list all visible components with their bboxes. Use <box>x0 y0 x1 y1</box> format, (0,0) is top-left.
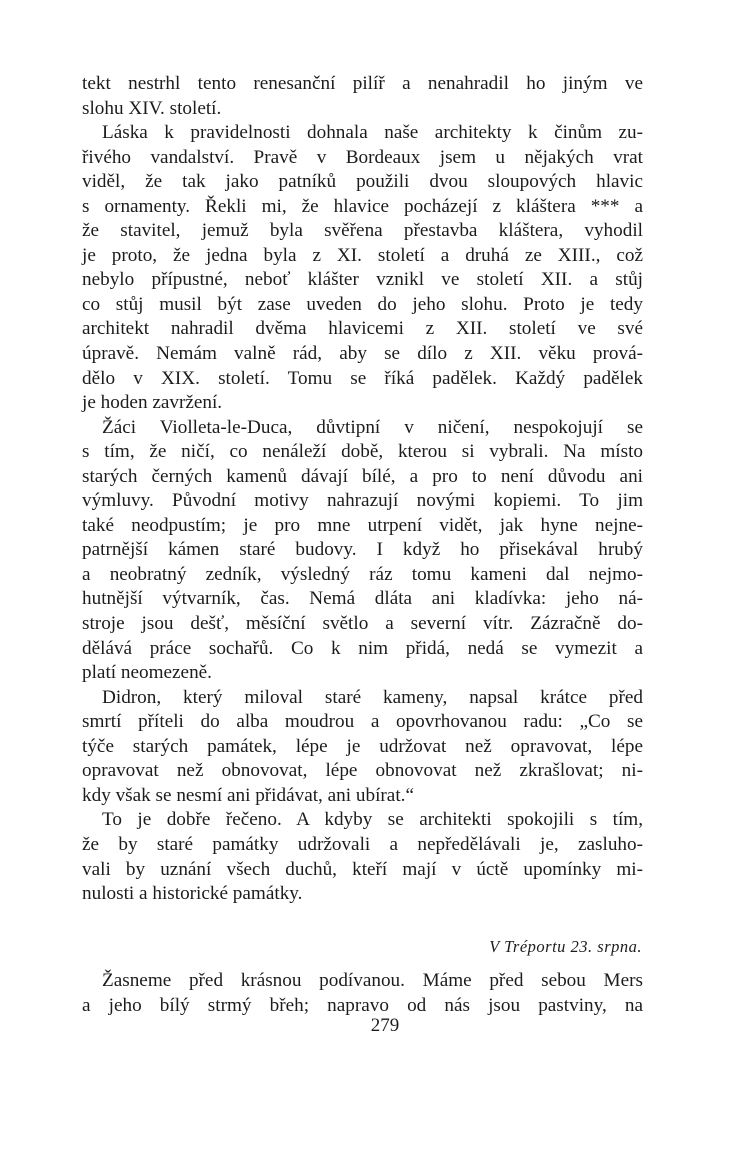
text-line: s ornamenty. Řekli mi, že hlavice pocház… <box>82 195 643 220</box>
text-line: Žáci Violleta-le-Duca, důvtipní v ničení… <box>82 416 643 441</box>
text-line: dělo v XIX. století. Tomu se říká paděle… <box>82 367 643 392</box>
paragraph-final: Žasneme před krásnou podívanou. Máme pře… <box>82 969 643 1018</box>
text-line: tekt nestrhl tento renesanční pilíř a ne… <box>82 72 643 97</box>
page-body: tekt nestrhl tento renesanční pilíř a ne… <box>82 72 643 1018</box>
text-line: vali by uznání všech duchů, kteří mají v… <box>82 858 643 883</box>
text-line: úpravě. Nemám valně rád, aby se dílo z X… <box>82 342 643 367</box>
paragraph-2: Láska k pravidelnosti dohnala naše archi… <box>82 121 643 416</box>
text-line: nulosti a historické památky. <box>82 882 643 907</box>
text-line: hutnější výtvarník, čas. Nemá dláta ani … <box>82 587 643 612</box>
page-number: 279 <box>0 1015 750 1037</box>
text-line: co stůj musil být zase uveden do jeho sl… <box>82 293 643 318</box>
section-gap <box>82 907 643 935</box>
text-line: platí neomezeně. <box>82 661 643 686</box>
text-line: viděl, že tak jako patníků použili dvou … <box>82 170 643 195</box>
text-line: je hoden zavržení. <box>82 391 643 416</box>
paragraph-5: To je dobře řečeno. A kdyby se architekt… <box>82 808 643 906</box>
text-line: týče starých památek, lépe je udržovat n… <box>82 735 643 760</box>
text-line: kdy však se nesmí ani přidávat, ani ubír… <box>82 784 643 809</box>
text-line: Láska k pravidelnosti dohnala naše archi… <box>82 121 643 146</box>
dateline: V Tréportu 23. srpna. <box>82 935 643 960</box>
paragraph-1: tekt nestrhl tento renesanční pilíř a ne… <box>82 72 643 121</box>
text-line: s tím, že ničí, co nenáleží době, kterou… <box>82 440 643 465</box>
text-line: starých černých kamenů dávají bílé, a pr… <box>82 465 643 490</box>
text-line: stroje jsou dešť, měsíční světlo a sever… <box>82 612 643 637</box>
text-line: dělává práce sochařů. Co k nim přidá, ne… <box>82 637 643 662</box>
text-line: je proto, že jedna byla z XI. století a … <box>82 244 643 269</box>
text-line: Didron, který miloval staré kameny, naps… <box>82 686 643 711</box>
text-line: architekt nahradil dvěma hlavicemi z XII… <box>82 317 643 342</box>
text-line: opravovat než obnovovat, lépe obnovovat … <box>82 759 643 784</box>
text-line: smrtí příteli do alba moudrou a opovrhov… <box>82 710 643 735</box>
paragraph-3: Žáci Violleta-le-Duca, důvtipní v ničení… <box>82 416 643 686</box>
text-line: a neobratný zedník, výsledný ráz tomu ka… <box>82 563 643 588</box>
text-line: To je dobře řečeno. A kdyby se architekt… <box>82 808 643 833</box>
text-line: patrnější kámen staré budovy. I když ho … <box>82 538 643 563</box>
paragraph-4: Didron, který miloval staré kameny, naps… <box>82 686 643 809</box>
text-line: že stavitel, jemuž byla svěřena přestavb… <box>82 219 643 244</box>
text-line: Žasneme před krásnou podívanou. Máme pře… <box>82 969 643 994</box>
text-line: výmluvy. Původní motivy nahrazují novými… <box>82 489 643 514</box>
text-line: slohu XIV. století. <box>82 97 643 122</box>
text-line: že by staré památky udržovali a nepředěl… <box>82 833 643 858</box>
spacer <box>82 959 643 969</box>
text-line: také neodpustím; je pro mne utrpení vidě… <box>82 514 643 539</box>
text-line: řivého vandalství. Pravě v Bordeaux jsem… <box>82 146 643 171</box>
text-line: nebylo přípustné, neboť klášter vznikl v… <box>82 268 643 293</box>
